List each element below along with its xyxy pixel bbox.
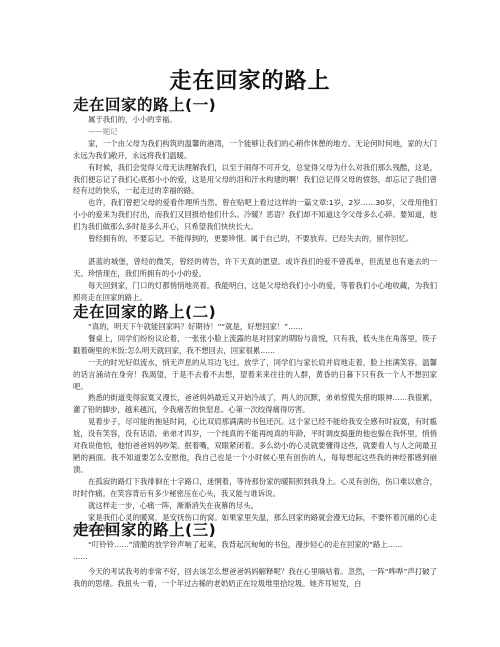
section-heading: 走在回家的路上(一)	[73, 96, 437, 114]
section-1: 走在回家的路上(一) 属于我们的，小小的幸福。 ——题记 家，一个由父母为我们构…	[73, 96, 437, 304]
section-heading: 走在回家的路上(二)	[73, 303, 437, 321]
paragraph: 家，一个由父母为我们构筑的温馨的港湾，一个能够让我们的心稍作休憩的地方。无论何时…	[73, 138, 437, 162]
paragraph: 晃着步子，尽可能的拖延时间，心比双肩那满满的书包还沉。这个家已经不能给我安全感有…	[73, 416, 437, 476]
paragraph: 湛蓝的城堡，曾经的微笑，曾经的祷告，许下天真的愿望。或许我们的爱不曾孤单，但流星…	[73, 256, 437, 280]
paragraph: “真的，明天下午就能回家吗？好期待！”“就是，好想回家！”……	[73, 321, 437, 333]
paragraph: 一天的时光好似流水，悄无声息的从耳边飞过。放学了，同学们与家长肩并肩地走着，脸上…	[73, 357, 437, 393]
paragraph: 也许，我们曾把父母的爱看作理所当然。曾在贴吧上看过这样的一篇文章:1岁，2岁………	[73, 197, 437, 233]
signature-line: ——题记	[73, 126, 437, 138]
paragraph: ……	[73, 551, 437, 563]
paragraph: 每天回到家，门口的灯都悄悄地亮着。我能明白，这是父母给我们小小的爱，等着我们小心…	[73, 280, 437, 304]
paragraph: 在孤寂的路灯下我徘徊在十字路口，迷惘着，等待那份家的暖阳照到我身上。心灵有创伤，…	[73, 476, 437, 500]
section-2: 走在回家的路上(二) “真的，明天下午就能回家吗？好期待！”“就是，好想回家！”…	[73, 303, 437, 535]
paragraph: 熟悉的街道变得寂寞又漫长，爸爸妈妈最近又开始冷战了，两人的沉默，弟弟惊慌失措的眼…	[73, 392, 437, 416]
section-heading: 走在回家的路上(三)	[73, 521, 437, 539]
paragraph: 曾经拥有的，不要忘记。不能得到的，更要珍惜。属于自己的，不要放弃。已经失去的，留…	[73, 233, 437, 245]
section-3: 走在回家的路上(三) “叮铃铃……”清脆的放学铃声响了起来，我背起沉甸甸的书包，…	[73, 521, 437, 590]
paragraph: “叮铃铃……”清脆的放学铃声响了起来，我背起沉甸甸的书包，漫步轻心的走在回家的”…	[73, 539, 437, 551]
paragraph: 就这样走一步，心痛一阵，渐渐消失在夜幕的尽头。	[73, 500, 437, 512]
document-title: 走在回家的路上	[0, 68, 500, 96]
paragraph: 餐桌上，同学们纷纷议论着，一张张小脸上流露的是对回家的期盼与喜悦，只有我，低头坐…	[73, 333, 437, 357]
paragraph: 今天的考试我考的非常不好，回去该怎么想爸爸妈妈解释呢？我在心里嘀咕着。忽然，一阵…	[73, 566, 437, 590]
paragraph: 有时候，我们会觉得父母无法理解我们，以至于闹得不可开交，总觉得父母为什么对我们那…	[73, 162, 437, 198]
paragraph: 属于我们的，小小的幸福。	[73, 114, 437, 126]
